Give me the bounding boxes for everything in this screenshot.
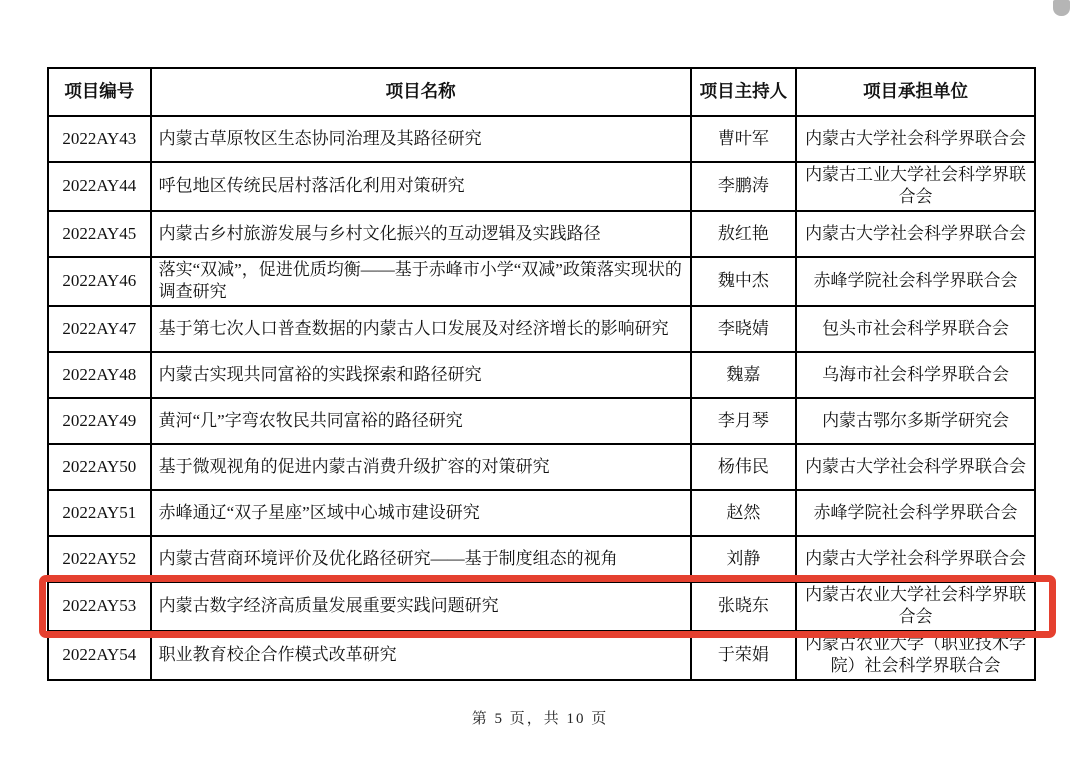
cell-project-org: 内蒙古农业大学（职业技术学院）社会科学界联合会 xyxy=(796,631,1035,680)
cell-project-leader: 李鹏涛 xyxy=(691,162,797,211)
table-row: 2022AY46落实“双减”，促进优质均衡——基于赤峰市小学“双减”政策落实现状… xyxy=(48,257,1035,306)
cell-project-leader: 曹叶军 xyxy=(691,116,797,162)
table-row: 2022AY47基于第七次人口普查数据的内蒙古人口发展及对经济增长的影响研究李晓… xyxy=(48,306,1035,352)
cell-project-id: 2022AY44 xyxy=(48,162,151,211)
cell-project-org: 内蒙古大学社会科学界联合会 xyxy=(796,444,1035,490)
cell-project-name: 黄河“几”字弯农牧民共同富裕的路径研究 xyxy=(151,398,691,444)
cell-project-id: 2022AY53 xyxy=(48,582,151,631)
cell-project-name: 基于第七次人口普查数据的内蒙古人口发展及对经济增长的影响研究 xyxy=(151,306,691,352)
table-row: 2022AY49黄河“几”字弯农牧民共同富裕的路径研究李月琴内蒙古鄂尔多斯学研究… xyxy=(48,398,1035,444)
column-header: 项目承担单位 xyxy=(796,68,1035,116)
cell-project-leader: 张晓东 xyxy=(691,582,797,631)
cell-project-org: 包头市社会科学界联合会 xyxy=(796,306,1035,352)
projects-table-grid: 项目编号项目名称项目主持人项目承担单位 2022AY43内蒙古草原牧区生态协同治… xyxy=(47,67,1036,681)
cell-project-leader: 魏嘉 xyxy=(691,352,797,398)
cell-project-id: 2022AY54 xyxy=(48,631,151,680)
cell-project-name: 职业教育校企合作模式改革研究 xyxy=(151,631,691,680)
cell-project-id: 2022AY52 xyxy=(48,536,151,582)
cell-project-org: 内蒙古大学社会科学界联合会 xyxy=(796,116,1035,162)
cell-project-org: 内蒙古农业大学社会科学界联合会 xyxy=(796,582,1035,631)
table-row: 2022AY54职业教育校企合作模式改革研究于荣娟内蒙古农业大学（职业技术学院）… xyxy=(48,631,1035,680)
cell-project-name: 落实“双减”，促进优质均衡——基于赤峰市小学“双减”政策落实现状的调查研究 xyxy=(151,257,691,306)
table-header: 项目编号项目名称项目主持人项目承担单位 xyxy=(48,68,1035,116)
cell-project-id: 2022AY49 xyxy=(48,398,151,444)
cell-project-id: 2022AY48 xyxy=(48,352,151,398)
column-header: 项目主持人 xyxy=(691,68,797,116)
cell-project-id: 2022AY47 xyxy=(48,306,151,352)
cell-project-id: 2022AY43 xyxy=(48,116,151,162)
projects-table: 项目编号项目名称项目主持人项目承担单位 2022AY43内蒙古草原牧区生态协同治… xyxy=(47,67,1036,681)
cell-project-id: 2022AY46 xyxy=(48,257,151,306)
table-row: 2022AY48内蒙古实现共同富裕的实践探索和路径研究魏嘉乌海市社会科学界联合会 xyxy=(48,352,1035,398)
cell-project-name: 内蒙古实现共同富裕的实践探索和路径研究 xyxy=(151,352,691,398)
cell-project-name: 内蒙古草原牧区生态协同治理及其路径研究 xyxy=(151,116,691,162)
cell-project-org: 乌海市社会科学界联合会 xyxy=(796,352,1035,398)
cell-project-name: 内蒙古营商环境评价及优化路径研究——基于制度组态的视角 xyxy=(151,536,691,582)
cell-project-name: 内蒙古数字经济高质量发展重要实践问题研究 xyxy=(151,582,691,631)
cell-project-name: 内蒙古乡村旅游发展与乡村文化振兴的互动逻辑及实践路径 xyxy=(151,211,691,257)
cell-project-org: 内蒙古鄂尔多斯学研究会 xyxy=(796,398,1035,444)
cell-project-leader: 杨伟民 xyxy=(691,444,797,490)
cell-project-leader: 李月琴 xyxy=(691,398,797,444)
cell-project-leader: 刘静 xyxy=(691,536,797,582)
cell-project-org: 内蒙古大学社会科学界联合会 xyxy=(796,536,1035,582)
cell-project-name: 基于微观视角的促进内蒙古消费升级扩容的对策研究 xyxy=(151,444,691,490)
cell-project-name: 呼包地区传统民居村落活化利用对策研究 xyxy=(151,162,691,211)
table-row: 2022AY52内蒙古营商环境评价及优化路径研究——基于制度组态的视角刘静内蒙古… xyxy=(48,536,1035,582)
cell-project-leader: 李晓婧 xyxy=(691,306,797,352)
column-header: 项目编号 xyxy=(48,68,151,116)
cell-project-id: 2022AY51 xyxy=(48,490,151,536)
cell-project-org: 赤峰学院社会科学界联合会 xyxy=(796,490,1035,536)
table-row: 2022AY45内蒙古乡村旅游发展与乡村文化振兴的互动逻辑及实践路径敖红艳内蒙古… xyxy=(48,211,1035,257)
cell-project-leader: 魏中杰 xyxy=(691,257,797,306)
cell-project-leader: 赵然 xyxy=(691,490,797,536)
cell-project-org: 内蒙古大学社会科学界联合会 xyxy=(796,211,1035,257)
cell-project-id: 2022AY50 xyxy=(48,444,151,490)
scrollbar-thumb[interactable] xyxy=(1053,0,1070,16)
table-body: 2022AY43内蒙古草原牧区生态协同治理及其路径研究曹叶军内蒙古大学社会科学界… xyxy=(48,116,1035,680)
cell-project-leader: 敖红艳 xyxy=(691,211,797,257)
cell-project-leader: 于荣娟 xyxy=(691,631,797,680)
page-number: 第 5 页，共 10 页 xyxy=(0,707,1080,728)
cell-project-name: 赤峰通辽“双子星座”区域中心城市建设研究 xyxy=(151,490,691,536)
table-row: 2022AY51赤峰通辽“双子星座”区域中心城市建设研究赵然赤峰学院社会科学界联… xyxy=(48,490,1035,536)
cell-project-org: 内蒙古工业大学社会科学界联合会 xyxy=(796,162,1035,211)
table-row: 2022AY50基于微观视角的促进内蒙古消费升级扩容的对策研究杨伟民内蒙古大学社… xyxy=(48,444,1035,490)
cell-project-org: 赤峰学院社会科学界联合会 xyxy=(796,257,1035,306)
table-row: 2022AY44呼包地区传统民居村落活化利用对策研究李鹏涛内蒙古工业大学社会科学… xyxy=(48,162,1035,211)
cell-project-id: 2022AY45 xyxy=(48,211,151,257)
column-header: 项目名称 xyxy=(151,68,691,116)
table-header-row: 项目编号项目名称项目主持人项目承担单位 xyxy=(48,68,1035,116)
table-row: 2022AY53内蒙古数字经济高质量发展重要实践问题研究张晓东内蒙古农业大学社会… xyxy=(48,582,1035,631)
table-row: 2022AY43内蒙古草原牧区生态协同治理及其路径研究曹叶军内蒙古大学社会科学界… xyxy=(48,116,1035,162)
